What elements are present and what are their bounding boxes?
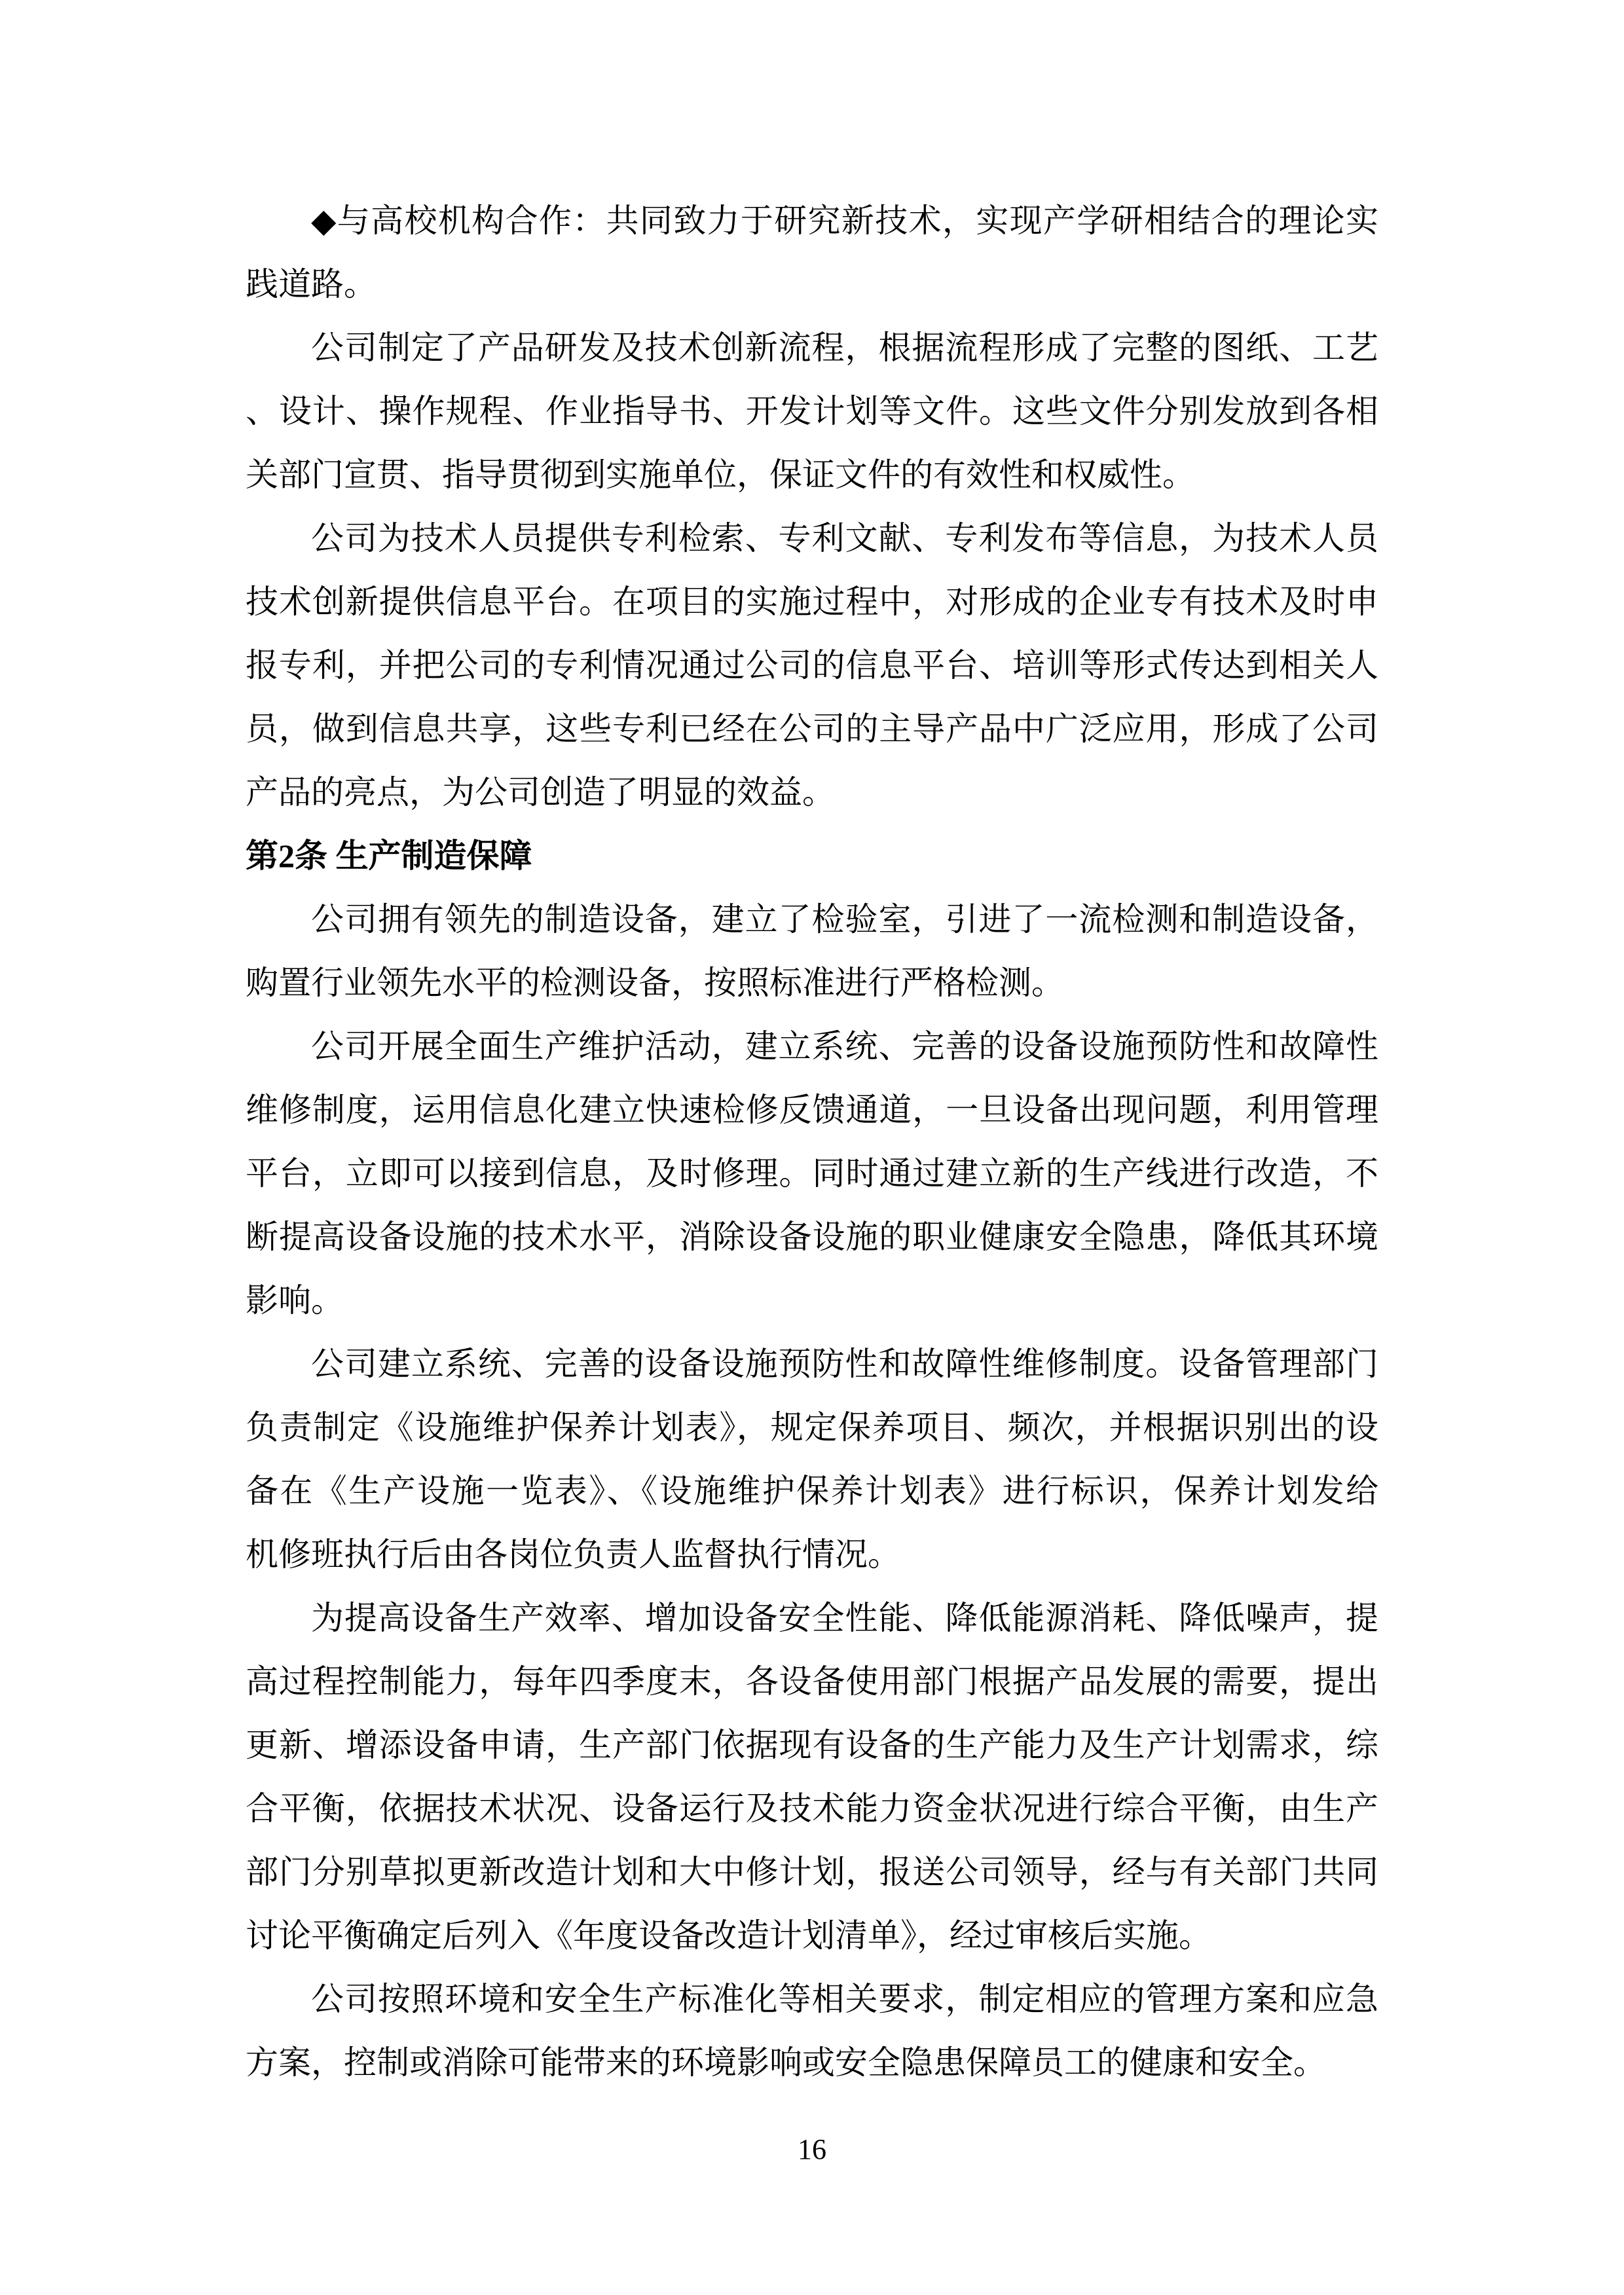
text-line: 公司按照环境和安全生产标准化等相关要求，制定相应的管理方案和应急 bbox=[246, 1968, 1378, 2031]
text-line: 报专利，并把公司的专利情况通过公司的信息平台、培训等形式传达到相关人 bbox=[246, 634, 1378, 697]
text-line: 平台，立即可以接到信息，及时修理。同时通过建立新的生产线进行改造，不 bbox=[246, 1142, 1378, 1205]
text-line: 高过程控制能力，每年四季度末，各设备使用部门根据产品发展的需要，提出 bbox=[246, 1650, 1378, 1714]
text-line: 讨论平衡确定后列入《年度设备改造计划清单》，经过审核后实施。 bbox=[246, 1904, 1378, 1968]
text-line: 、设计、操作规程、作业指导书、开发计划等文件。这些文件分别发放到各相 bbox=[246, 380, 1378, 443]
text-line: 部门分别草拟更新改造计划和大中修计划，报送公司领导，经与有关部门共同 bbox=[246, 1841, 1378, 1904]
text-line: 技术创新提供信息平台。在项目的实施过程中，对形成的企业专有技术及时申 bbox=[246, 570, 1378, 634]
text-line: 员，做到信息共享，这些专利已经在公司的主导产品中广泛应用，形成了公司 bbox=[246, 697, 1378, 761]
text-line: 备在《生产设施一览表》、《设施维护保养计划表》进行标识，保养计划发给 bbox=[246, 1460, 1378, 1523]
text-line: 公司为技术人员提供专利检索、专利文献、专利发布等信息，为技术人员 bbox=[246, 507, 1378, 570]
text-line: 影响。 bbox=[246, 1269, 1378, 1332]
text-line: 为提高设备生产效率、增加设备安全性能、降低能源消耗、降低噪声，提 bbox=[246, 1587, 1378, 1650]
text-line: 维修制度，运用信息化建立快速检修反馈通道，一旦设备出现问题，利用管理 bbox=[246, 1078, 1378, 1142]
text-line: 践道路。 bbox=[246, 253, 1378, 316]
page-number: 16 bbox=[0, 2129, 1624, 2170]
bullet-line: ◆与高校机构合作：共同致力于研究新技术，实现产学研相结合的理论实 bbox=[246, 189, 1378, 253]
text-line: 公司建立系统、完善的设备设施预防性和故障性维修制度。设备管理部门 bbox=[246, 1332, 1378, 1396]
text-line: 断提高设备设施的技术水平，消除设备设施的职业健康安全隐患，降低其环境 bbox=[246, 1205, 1378, 1269]
text-line: 方案，控制或消除可能带来的环境影响或安全隐患保障员工的健康和安全。 bbox=[246, 2031, 1378, 2095]
text-line: 购置行业领先水平的检测设备，按照标准进行严格检测。 bbox=[246, 951, 1378, 1015]
text-line: 公司开展全面生产维护活动，建立系统、完善的设备设施预防性和故障性 bbox=[246, 1015, 1378, 1078]
text-line: 关部门宣贯、指导贯彻到实施单位，保证文件的有效性和权威性。 bbox=[246, 443, 1378, 507]
text-line: 公司拥有领先的制造设备，建立了检验室，引进了一流检测和制造设备， bbox=[246, 888, 1378, 951]
text-line: 产品的亮点，为公司创造了明显的效益。 bbox=[246, 761, 1378, 824]
text-line: 更新、增添设备申请，生产部门依据现有设备的生产能力及生产计划需求，综 bbox=[246, 1714, 1378, 1777]
text-block: ◆与高校机构合作：共同致力于研究新技术，实现产学研相结合的理论实 践道路。 公司… bbox=[246, 189, 1378, 2095]
text-line: 合平衡，依据技术状况、设备运行及技术能力资金状况进行综合平衡，由生产 bbox=[246, 1777, 1378, 1841]
text-line: 负责制定《设施维护保养计划表》，规定保养项目、频次，并根据识别出的设 bbox=[246, 1396, 1378, 1460]
section-heading: 第2条 生产制造保障 bbox=[246, 824, 1378, 888]
document-page: ◆与高校机构合作：共同致力于研究新技术，实现产学研相结合的理论实 践道路。 公司… bbox=[0, 0, 1624, 2295]
text-line: 机修班执行后由各岗位负责人监督执行情况。 bbox=[246, 1523, 1378, 1587]
text-line: 公司制定了产品研发及技术创新流程，根据流程形成了完整的图纸、工艺 bbox=[246, 316, 1378, 380]
